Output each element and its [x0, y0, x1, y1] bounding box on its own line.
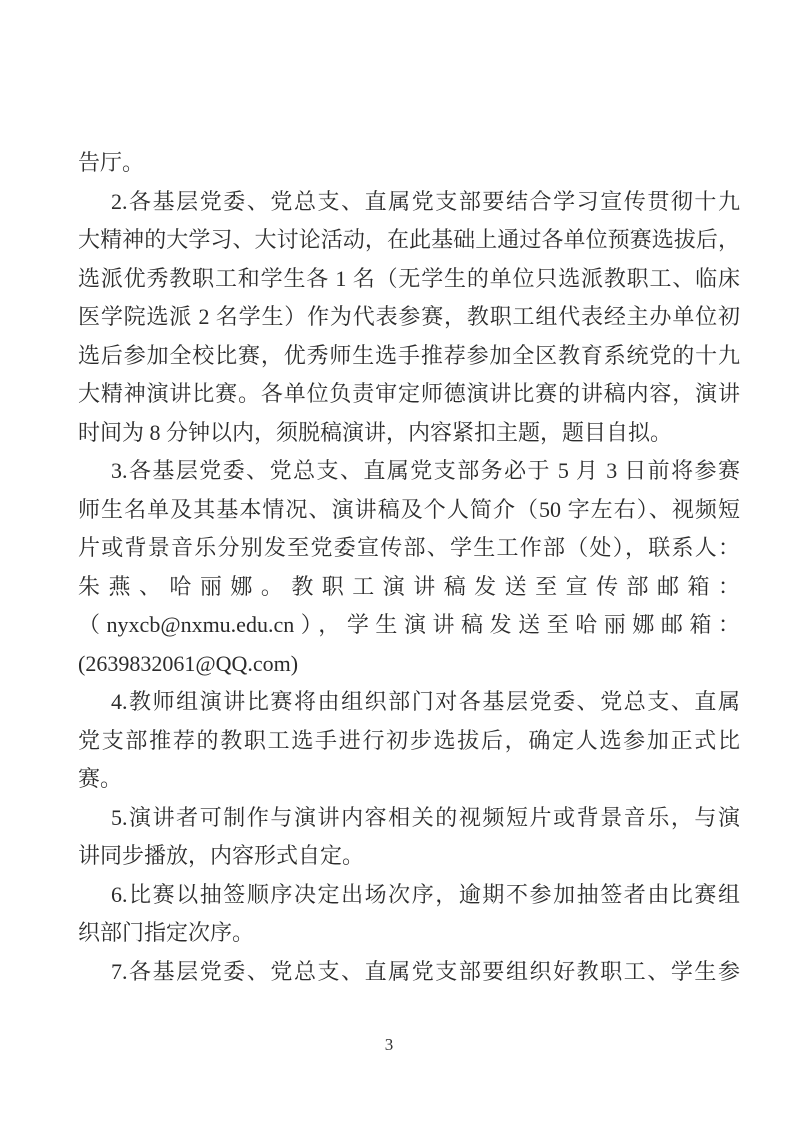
text-line: 片或背景音乐分别发至党委宣传部、学生工作部（处），联系人：	[78, 529, 740, 568]
text-line: 4.教师组演讲比赛将由组织部门对各基层党委、党总支、直属	[78, 683, 740, 722]
text-line: (2639832061@QQ.com)	[78, 645, 740, 684]
text-line: 织部门指定次序。	[78, 914, 740, 953]
page-number: 3	[0, 1034, 778, 1056]
text-line: 时间为 8 分钟以内，须脱稿演讲，内容紧扣主题，题目自拟。	[78, 414, 740, 453]
text-line: （nyxcb@nxmu.edu.cn），学生演讲稿发送至哈丽娜邮箱：	[78, 606, 740, 645]
text-line: 选派优秀教职工和学生各 1 名（无学生的单位只选派教职工、临床	[78, 260, 740, 299]
text-line: 选后参加全校比赛，优秀师生选手推荐参加全区教育系统党的十九	[78, 337, 740, 376]
text-line: 赛。	[78, 760, 740, 799]
text-line: 朱燕、哈丽娜。教职工演讲稿发送至宣传部邮箱：	[78, 568, 740, 607]
text-line: 大精神的大学习、大讨论活动，在此基础上通过各单位预赛选拔后，	[78, 221, 740, 260]
text-line: 医学院选派 2 名学生）作为代表参赛，教职工组代表经主办单位初	[78, 298, 740, 337]
text-line: 告厅。	[78, 144, 740, 183]
text-line: 6.比赛以抽签顺序决定出场次序，逾期不参加抽签者由比赛组	[78, 876, 740, 915]
text-line: 大精神演讲比赛。各单位负责审定师德演讲比赛的讲稿内容，演讲	[78, 375, 740, 414]
text-line: 5.演讲者可制作与演讲内容相关的视频短片或背景音乐，与演	[78, 799, 740, 838]
document-body: 告厅。 2.各基层党委、党总支、直属党支部要结合学习宣传贯彻十九 大精神的大学习…	[78, 144, 740, 991]
text-line: 党支部推荐的教职工选手进行初步选拔后，确定人选参加正式比	[78, 722, 740, 761]
text-line: 7.各基层党委、党总支、直属党支部要组织好教职工、学生参	[78, 953, 740, 992]
text-line: 讲同步播放，内容形式自定。	[78, 837, 740, 876]
text-line: 3.各基层党委、党总支、直属党支部务必于 5 月 3 日前将参赛	[78, 452, 740, 491]
text-line: 师生名单及其基本情况、演讲稿及个人简介（50 字左右）、视频短	[78, 491, 740, 530]
document-page: 告厅。 2.各基层党委、党总支、直属党支部要结合学习宣传贯彻十九 大精神的大学习…	[0, 0, 793, 1122]
text-line: 2.各基层党委、党总支、直属党支部要结合学习宣传贯彻十九	[78, 183, 740, 222]
